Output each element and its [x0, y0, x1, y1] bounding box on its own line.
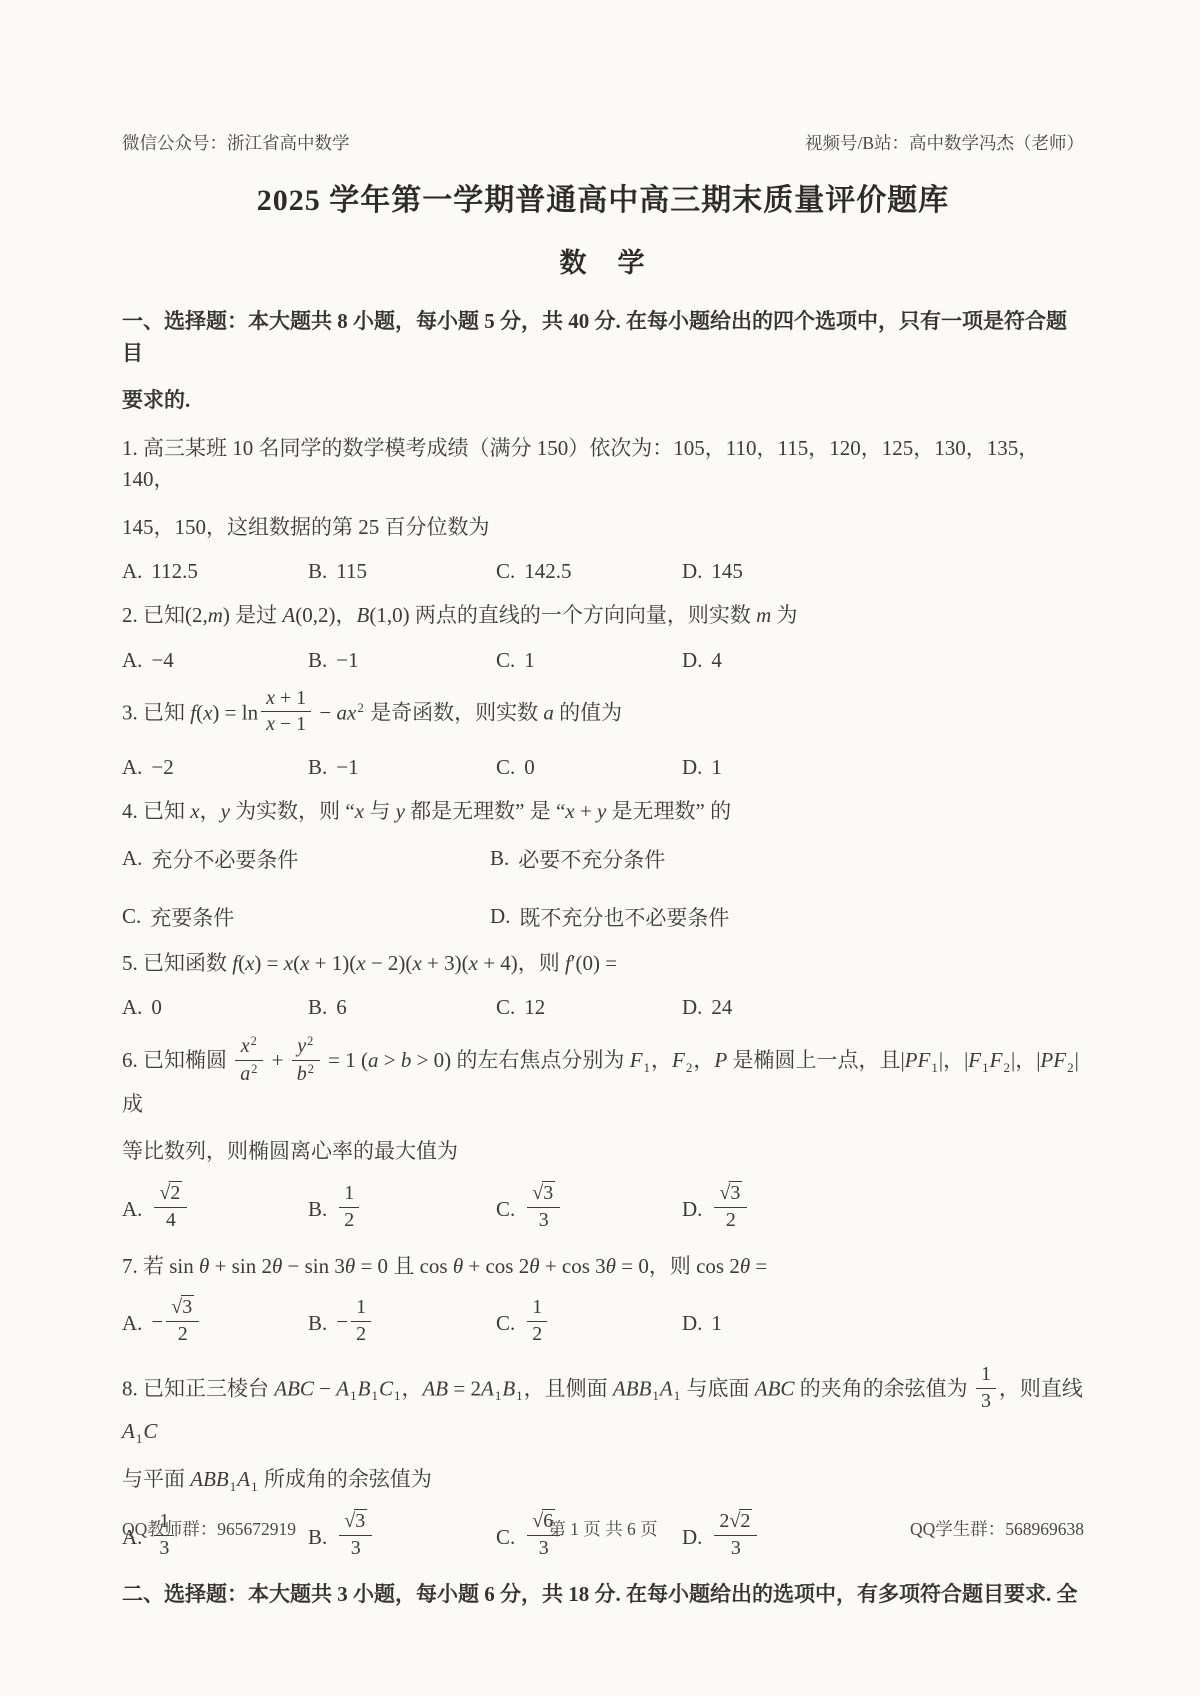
math-var: ABC [274, 1376, 314, 1400]
question-4-options: A.充分不必要条件B.必要不充分条件C.充要条件D.既不充分也不必要条件 [122, 844, 1084, 932]
math-var: F [968, 1048, 981, 1072]
option-value: 0 [151, 995, 162, 1020]
question-5-option-C: C.12 [496, 995, 682, 1020]
math-var: A [481, 1376, 494, 1400]
math-var: θ [529, 1254, 539, 1278]
question-2-option-A: A.−4 [122, 648, 308, 673]
footer-page-number: 第 1 页 共 6 页 [548, 1516, 657, 1541]
fraction-denominator: 3 [976, 1389, 996, 1414]
question-2-option-C: C.1 [496, 648, 682, 673]
math-var: C [143, 1419, 157, 1443]
question-7-options: A.−√32B.−12C.12D.1 [122, 1298, 1084, 1349]
math-text: − [336, 1309, 348, 1333]
math-var: a [543, 700, 554, 724]
question-1-option-C: C.142.5 [496, 559, 682, 584]
radical-sign: √ [171, 1296, 181, 1318]
question-6-option-B: B.12 [308, 1184, 496, 1235]
radicand: 3 [729, 1181, 742, 1204]
math-text: ) = [254, 951, 283, 975]
option-label: B. [308, 559, 327, 584]
math-var: y [396, 799, 405, 823]
math-subscript: 1 [495, 1388, 502, 1403]
option-label: D. [490, 904, 510, 929]
math-subscript: 2 [686, 1060, 693, 1075]
question-1-options: A.112.5B.115C.142.5D.145 [122, 559, 1084, 584]
option-value: −12 [336, 1298, 374, 1349]
math-var: x [565, 799, 574, 823]
math-var: a [240, 1063, 250, 1085]
option-value: −√32 [151, 1298, 202, 1349]
fraction-denominator: 3 [527, 1208, 560, 1233]
option-label: C. [122, 904, 141, 929]
math-var: B [502, 1376, 515, 1400]
math-text: | [1075, 1048, 1079, 1072]
math-var: x [284, 951, 293, 975]
option-label: A. [122, 1197, 142, 1222]
option-label: B. [490, 846, 509, 871]
math-subscript: 1 [230, 1479, 237, 1494]
math-var: A [282, 603, 295, 627]
option-label: D. [682, 648, 702, 673]
math-text: + 1 [275, 687, 306, 709]
question-7-option-B: B.−12 [308, 1298, 496, 1349]
option-label: D. [682, 995, 702, 1020]
math-var: x [241, 1035, 250, 1057]
option-value: 145 [711, 559, 743, 584]
math-text: (1,0) [369, 603, 409, 627]
fraction: x + 1x − 1 [261, 687, 311, 738]
fraction: √24 [154, 1182, 187, 1233]
math-text: − 1 [275, 713, 306, 735]
question-7: 7. 若 sin θ + sin 2θ − sin 3θ = 0 且 cos θ… [122, 1251, 1084, 1349]
math-var: A [122, 1419, 135, 1443]
question-4-option-A: A.充分不必要条件 [122, 844, 490, 874]
math-text: (2, [185, 603, 208, 627]
radical-sign: √ [159, 1182, 169, 1204]
question-1-text-line-2: 145，150，这组数据的第 25 百分位数为 [122, 512, 1084, 544]
fraction-denominator: 2 [166, 1322, 199, 1347]
math-text: + 1)( [309, 951, 356, 975]
question-3-option-B: B.−1 [308, 755, 496, 780]
math-text: = 0 [355, 1254, 388, 1278]
option-value: 4 [711, 648, 722, 673]
question-3-option-A: A.−2 [122, 755, 308, 780]
math-var: F [672, 1048, 685, 1072]
math-var: PF [905, 1048, 931, 1072]
math-text: ) [223, 603, 230, 627]
option-value: 115 [336, 559, 367, 584]
question-2-option-B: B.−1 [308, 648, 496, 673]
question-8-text-line-1: 8. 已知正三棱台 ABC − A1B1C1，AB = 2A1B1，且侧面 AB… [122, 1365, 1084, 1448]
option-label: C. [496, 559, 515, 584]
math-subscript: 1 [931, 1060, 938, 1075]
math-var: m [208, 603, 223, 627]
option-value: 6 [336, 995, 347, 1020]
option-value: √24 [151, 1184, 190, 1235]
math-var: θ [606, 1254, 616, 1278]
option-value: 112.5 [151, 559, 197, 584]
math-var: x [190, 799, 199, 823]
math-var: θ [345, 1254, 355, 1278]
option-value: 充要条件 [150, 902, 234, 932]
square-root: √2 [159, 1181, 182, 1204]
doc-footer: QQ教师群：965672919 第 1 页 共 6 页 QQ学生群：568969… [122, 1516, 1084, 1541]
math-superscript: 2 [251, 1034, 257, 1048]
option-value: −2 [151, 755, 173, 780]
option-value: 12 [524, 995, 545, 1020]
option-label: A. [122, 648, 142, 673]
math-text: = 1 ( [323, 1048, 368, 1072]
question-5-option-A: A.0 [122, 995, 308, 1020]
exam-page: 微信公众号：浙江省高中数学 视频号/B站：高中数学冯杰（老师） 2025 学年第… [0, 0, 1200, 1610]
option-value: 既不充分也不必要条件 [519, 902, 729, 932]
math-var: m [756, 603, 771, 627]
questions-container: 1. 高三某班 10 名同学的数学模考成绩（满分 150）依次为：105，110… [122, 433, 1084, 1563]
radicand: 2 [169, 1181, 182, 1204]
math-subscript: 2 [1003, 1060, 1010, 1075]
question-6-options: A.√24B.12C.√33D.√32 [122, 1184, 1084, 1235]
fraction-numerator: 1 [527, 1296, 547, 1322]
fraction-denominator: 4 [154, 1208, 187, 1233]
option-label: D. [682, 559, 702, 584]
math-var: F [630, 1048, 643, 1072]
math-text: + 4) [478, 951, 518, 975]
fraction-denominator: 2 [714, 1208, 747, 1233]
option-value: 12 [524, 1298, 550, 1349]
fraction-numerator: x + 1 [261, 687, 311, 713]
option-value: −1 [336, 755, 358, 780]
question-4-option-B: B.必要不充分条件 [490, 844, 1084, 874]
radical-sign: √ [719, 1182, 729, 1204]
question-6-option-C: C.√33 [496, 1184, 682, 1235]
math-var: y [297, 1035, 306, 1057]
option-value: √32 [711, 1184, 750, 1235]
math-text: > [379, 1048, 401, 1072]
math-text: > 0) [411, 1048, 451, 1072]
fraction: √32 [166, 1296, 199, 1347]
option-value: 12 [336, 1184, 362, 1235]
fraction-numerator: √3 [166, 1296, 199, 1322]
question-6: 6. 已知椭圆 x2a2 + y2b2 = 1 (a > b > 0) 的左右焦… [122, 1036, 1084, 1234]
math-subscript: 1 [644, 1060, 651, 1075]
question-7-option-C: C.12 [496, 1298, 682, 1349]
fraction: 12 [351, 1296, 371, 1347]
math-subscript: 2 [1067, 1060, 1074, 1075]
question-6-option-A: A.√24 [122, 1184, 308, 1235]
math-text: = 0 [616, 1254, 649, 1278]
option-value: 1 [711, 1311, 722, 1336]
question-5: 5. 已知函数 f(x) = x(x + 1)(x − 2)(x + 3)(x … [122, 948, 1084, 1021]
page-title: 2025 学年第一学期普通高中高三期末质量评价题库 [122, 175, 1084, 219]
footer-student-qq: QQ学生群：568969638 [910, 1516, 1084, 1541]
question-1: 1. 高三某班 10 名同学的数学模考成绩（满分 150）依次为：105，110… [122, 433, 1084, 585]
math-text: + [266, 1048, 288, 1072]
option-label: C. [496, 648, 515, 673]
question-6-option-D: D.√32 [682, 1184, 1084, 1235]
question-2-text-line-1: 2. 已知(2,m) 是过 A(0,2)，B(1,0) 两点的直线的一个方向向量… [122, 600, 1084, 632]
option-label: C. [496, 1197, 515, 1222]
option-label: D. [682, 1311, 702, 1336]
math-var: θ [272, 1254, 282, 1278]
square-root: √3 [532, 1181, 555, 1204]
option-value: 0 [524, 755, 535, 780]
fraction-denominator: 2 [339, 1208, 359, 1233]
math-var: F [990, 1048, 1003, 1072]
math-text: cos [420, 1254, 453, 1278]
question-8-text-line-2: 与平面 ABB1A1 所成角的余弦值为 [122, 1464, 1084, 1496]
math-var: a [368, 1048, 379, 1072]
math-text: + sin 2 [209, 1254, 272, 1278]
option-label: B. [308, 995, 327, 1020]
math-var: P [714, 1048, 727, 1072]
radicand: 3 [542, 1181, 555, 1204]
fraction: 12 [339, 1182, 359, 1233]
square-root: √3 [171, 1295, 194, 1318]
fraction-numerator: y2 [292, 1034, 320, 1061]
math-var: x [355, 799, 364, 823]
option-value: 142.5 [524, 559, 571, 584]
question-4-option-D: D.既不充分也不必要条件 [490, 902, 1084, 932]
math-text: − [151, 1309, 163, 1333]
question-1-text-line-1: 1. 高三某班 10 名同学的数学模考成绩（满分 150）依次为：105，110… [122, 433, 1084, 496]
math-text: cos 2 [696, 1254, 740, 1278]
section-2-heading: 二、选择题：本大题共 3 小题，每小题 6 分，共 18 分. 在每小题给出的选… [122, 1579, 1084, 1611]
math-var: y [221, 799, 230, 823]
option-value: −4 [151, 648, 173, 673]
doc-header: 微信公众号：浙江省高中数学 视频号/B站：高中数学冯杰（老师） [122, 130, 1084, 155]
math-var: C [379, 1376, 393, 1400]
question-5-option-B: B.6 [308, 995, 496, 1020]
math-text: + 3)( [422, 951, 469, 975]
math-var: ABB [613, 1376, 651, 1400]
subject-title: 数 学 [122, 241, 1084, 280]
fraction: y2b2 [292, 1034, 320, 1086]
section-1-line-2: 要求的. [122, 385, 1084, 417]
math-var: b [401, 1048, 412, 1072]
math-var: ABB [190, 1467, 228, 1491]
question-6-text-line-1: 6. 已知椭圆 x2a2 + y2b2 = 1 (a > b > 0) 的左右焦… [122, 1036, 1084, 1120]
fraction: √32 [714, 1182, 747, 1233]
math-text: + [575, 799, 597, 823]
header-left-wechat: 微信公众号：浙江省高中数学 [122, 130, 350, 155]
question-2-options: A.−4B.−1C.1D.4 [122, 648, 1084, 673]
footer-teacher-qq: QQ教师群：965672919 [122, 1516, 296, 1541]
option-value: 1 [711, 755, 722, 780]
question-4-option-C: C.充要条件 [122, 902, 490, 932]
fraction: √33 [527, 1182, 560, 1233]
question-3-option-C: C.0 [496, 755, 682, 780]
question-4: 4. 已知 x，y 为实数，则 “x 与 y 都是无理数” 是 “x + y 是… [122, 796, 1084, 932]
option-label: D. [682, 1197, 702, 1222]
option-value: 充分不必要条件 [151, 844, 298, 874]
math-text: = 2 [448, 1376, 481, 1400]
question-1-option-D: D.145 [682, 559, 1084, 584]
question-3-options: A.−2B.−1C.0D.1 [122, 755, 1084, 780]
math-text: (0,2) [295, 603, 335, 627]
math-text: sin [169, 1254, 199, 1278]
fraction-numerator: 1 [339, 1182, 359, 1208]
math-var: θ [199, 1254, 209, 1278]
math-var: a [336, 700, 347, 724]
fraction-denominator: 2 [351, 1322, 371, 1347]
option-label: C. [496, 1311, 515, 1336]
math-subscript: 1 [371, 1388, 378, 1403]
option-label: B. [308, 648, 327, 673]
option-label: A. [122, 995, 142, 1020]
math-var: θ [453, 1254, 463, 1278]
math-text: − [314, 700, 336, 724]
question-5-option-D: D.24 [682, 995, 1084, 1020]
math-text: − [314, 1376, 336, 1400]
math-var: B [358, 1376, 371, 1400]
question-7-text-line-1: 7. 若 sin θ + sin 2θ − sin 3θ = 0 且 cos θ… [122, 1251, 1084, 1283]
fraction-numerator: √2 [154, 1182, 187, 1208]
option-value: 必要不充分条件 [518, 844, 665, 874]
math-subscript: 1 [982, 1060, 989, 1075]
fraction-denominator: b2 [292, 1061, 320, 1087]
math-subscript: 1 [516, 1388, 523, 1403]
math-var: θ [740, 1254, 750, 1278]
question-6-text-line-2: 等比数列，则椭圆离心率的最大值为 [122, 1136, 1084, 1168]
option-label: B. [308, 1197, 327, 1222]
fraction-denominator: x − 1 [261, 712, 311, 737]
math-var: A [237, 1467, 250, 1491]
exam-body: 一、选择题：本大题共 8 小题，每小题 5 分，共 40 分. 在每小题给出的四… [122, 306, 1084, 1610]
math-text: = [750, 1254, 767, 1278]
math-superscript: 2 [307, 1034, 313, 1048]
math-superscript: 2 [251, 1062, 257, 1076]
option-label: B. [308, 755, 327, 780]
option-label: C. [496, 995, 515, 1020]
option-value: 1 [524, 648, 535, 673]
square-root: √3 [719, 1181, 742, 1204]
option-label: A. [122, 846, 142, 871]
math-text: − 2)( [366, 951, 413, 975]
question-3: 3. 已知 f(x) = lnx + 1x − 1 − ax2 是奇函数，则实数… [122, 689, 1084, 781]
math-var: AB [422, 1376, 448, 1400]
fraction: 13 [976, 1363, 996, 1414]
math-subscript: 1 [652, 1388, 659, 1403]
option-label: D. [682, 755, 702, 780]
fraction-numerator: x2 [235, 1034, 263, 1061]
math-var: x [266, 687, 275, 709]
math-superscript: 2 [357, 700, 364, 715]
header-right-channel: 视频号/B站：高中数学冯杰（老师） [805, 130, 1084, 155]
question-2-option-D: D.4 [682, 648, 1084, 673]
math-var: x [469, 951, 478, 975]
fraction-numerator: 1 [976, 1363, 996, 1389]
radical-sign: √ [532, 1182, 542, 1204]
section-2-line-1: 二、选择题：本大题共 3 小题，每小题 6 分，共 18 分. 在每小题给出的选… [122, 1579, 1084, 1611]
math-subscript: 1 [350, 1388, 357, 1403]
question-3-text-line-1: 3. 已知 f(x) = lnx + 1x − 1 − ax2 是奇函数，则实数… [122, 689, 1084, 740]
radicand: 3 [181, 1295, 194, 1318]
math-text: + cos 2 [463, 1254, 529, 1278]
option-label: C. [496, 755, 515, 780]
math-var: b [297, 1063, 307, 1085]
math-var: x [266, 713, 275, 735]
math-var: A [336, 1376, 349, 1400]
option-value: √33 [524, 1184, 563, 1235]
fraction-numerator: 1 [351, 1296, 371, 1322]
option-label: A. [122, 1311, 142, 1336]
fraction-denominator: a2 [235, 1061, 263, 1087]
question-7-option-A: A.−√32 [122, 1298, 308, 1349]
math-text: ′(0) = [571, 951, 617, 975]
math-var: x [347, 700, 356, 724]
question-7-option-D: D.1 [682, 1311, 1084, 1336]
question-1-option-B: B.115 [308, 559, 496, 584]
math-var: x [356, 951, 365, 975]
math-text: ) = ln [212, 700, 258, 724]
math-var: x [412, 951, 421, 975]
fraction-numerator: √3 [714, 1182, 747, 1208]
section-1-heading: 一、选择题：本大题共 8 小题，每小题 5 分，共 40 分. 在每小题给出的四… [122, 306, 1084, 417]
fraction-numerator: √3 [527, 1182, 560, 1208]
math-var: A [660, 1376, 673, 1400]
question-2: 2. 已知(2,m) 是过 A(0,2)，B(1,0) 两点的直线的一个方向向量… [122, 600, 1084, 673]
math-subscript: 1 [394, 1388, 401, 1403]
math-text: − sin 3 [282, 1254, 345, 1278]
fraction: x2a2 [235, 1034, 263, 1086]
math-subscript: 1 [674, 1388, 681, 1403]
math-text: + cos 3 [540, 1254, 606, 1278]
math-subscript: 1 [136, 1431, 143, 1446]
math-var: B [357, 603, 370, 627]
math-var: y [597, 799, 606, 823]
option-value: 24 [711, 995, 732, 1020]
option-label: A. [122, 755, 142, 780]
math-var: ABC [755, 1376, 795, 1400]
section-1-line-1: 一、选择题：本大题共 8 小题，每小题 5 分，共 40 分. 在每小题给出的四… [122, 306, 1084, 369]
math-subscript: 1 [251, 1479, 258, 1494]
math-var: PF [1040, 1048, 1066, 1072]
question-3-option-D: D.1 [682, 755, 1084, 780]
question-5-options: A.0B.6C.12D.24 [122, 995, 1084, 1020]
question-1-option-A: A.112.5 [122, 559, 308, 584]
fraction: 12 [527, 1296, 547, 1347]
question-4-text-line-1: 4. 已知 x，y 为实数，则 “x 与 y 都是无理数” 是 “x + y 是… [122, 796, 1084, 828]
math-superscript: 2 [308, 1062, 314, 1076]
fraction-denominator: 2 [527, 1322, 547, 1347]
option-value: −1 [336, 648, 358, 673]
option-label: B. [308, 1311, 327, 1336]
question-5-text-line-1: 5. 已知函数 f(x) = x(x + 1)(x − 2)(x + 3)(x … [122, 948, 1084, 980]
option-label: A. [122, 559, 142, 584]
